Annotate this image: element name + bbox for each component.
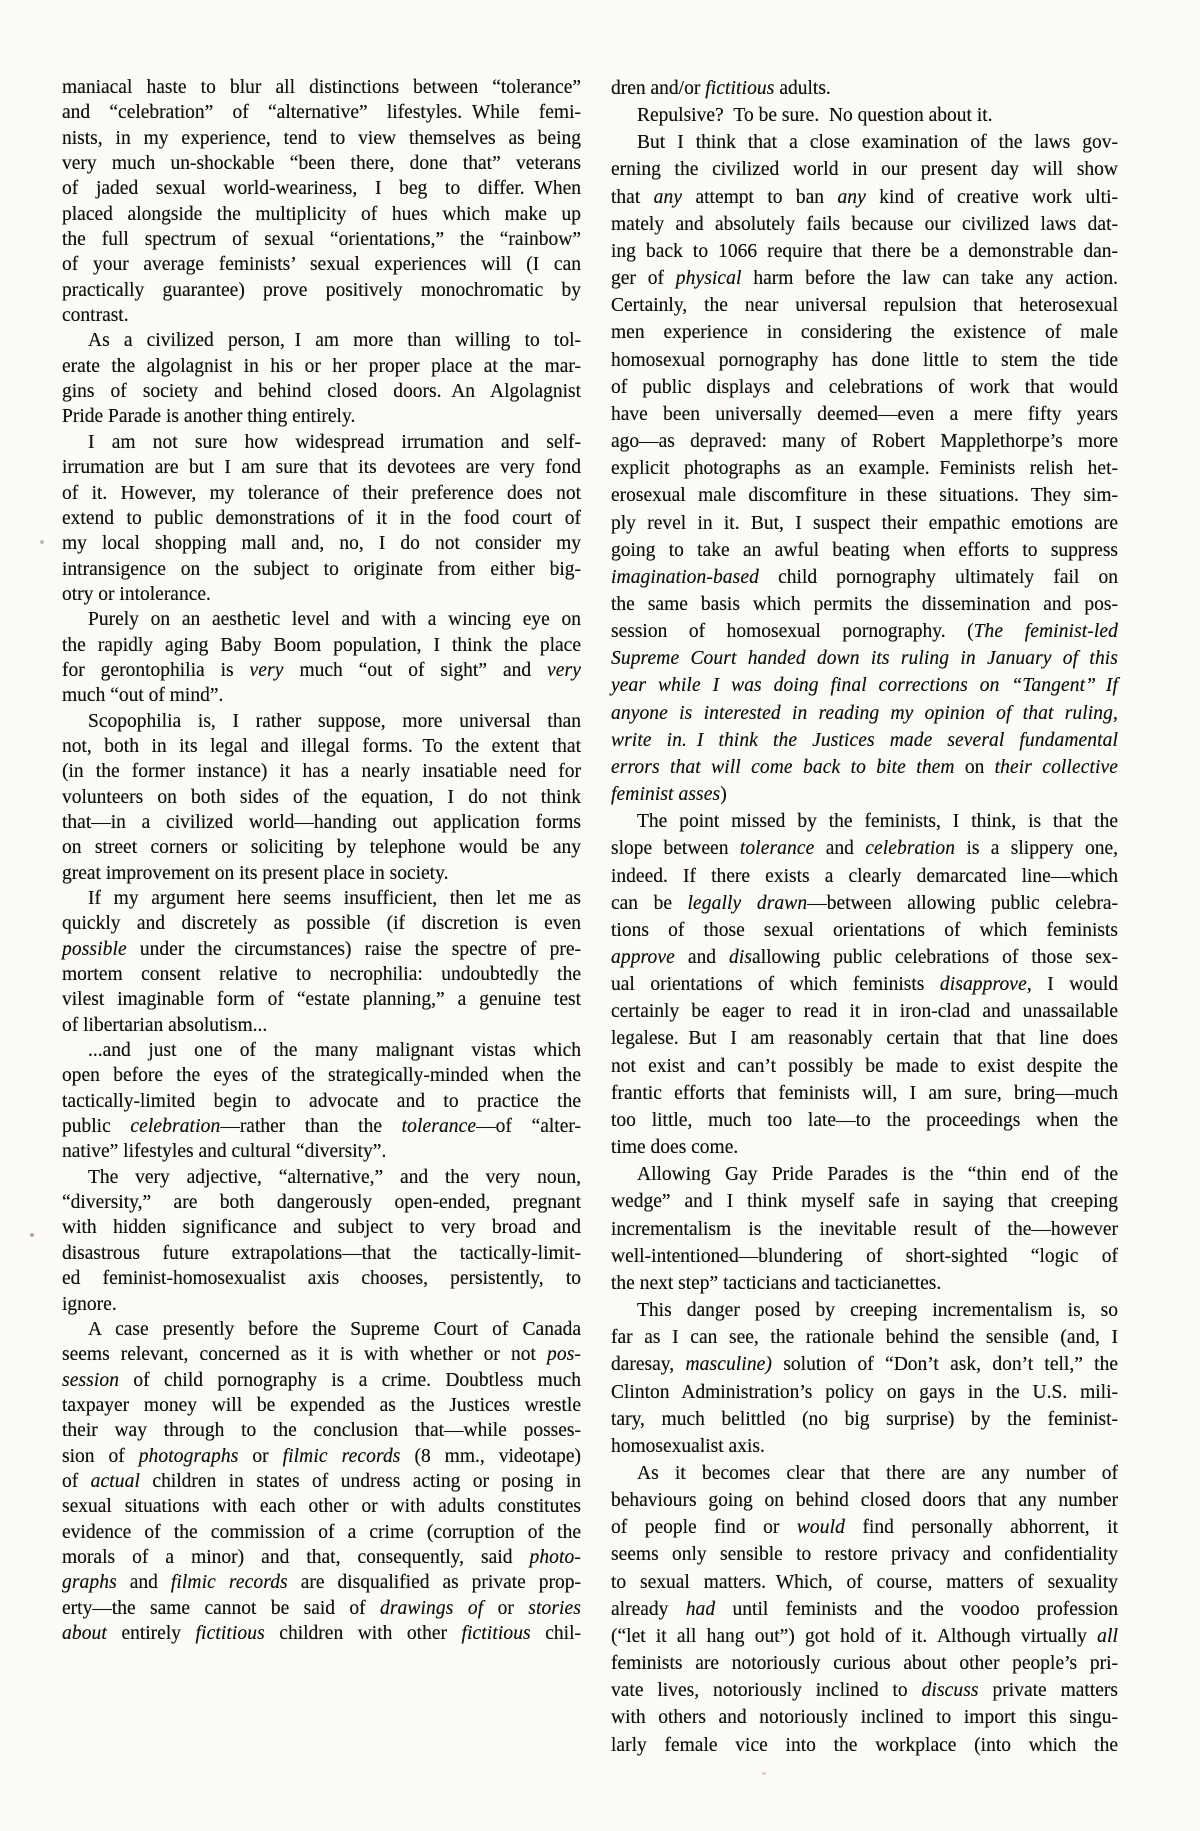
text-line: frantic efforts that feminists will, I a… (611, 1080, 1118, 1107)
text-line: I am not sure how widespread irrumation … (62, 430, 581, 455)
text-line: very much un-shockable “been there, done… (62, 151, 581, 176)
text-line: Certainly, the near universal repulsion … (611, 292, 1118, 319)
text-line: Repulsive? To be sure. No question about… (611, 102, 1118, 129)
scan-speck (40, 540, 44, 544)
text-line: Supreme Court handed down its ruling in … (611, 645, 1118, 672)
text-line: (in the former instance) it has a nearly… (62, 759, 581, 784)
text-line: wedge” and I think myself safe in saying… (611, 1188, 1118, 1215)
text-line: feminists are notoriously curious about … (611, 1650, 1118, 1677)
text-line: on street corners or soliciting by telep… (62, 835, 581, 860)
text-line: If my argument here seems insufficient, … (62, 886, 581, 911)
text-line: volunteers on both sides of the equation… (62, 785, 581, 810)
text-line: already had until feminists and the vood… (611, 1596, 1118, 1623)
text-line: tactically-limited begin to advocate and… (62, 1089, 581, 1114)
text-line: the full spectrum of sexual “orientation… (62, 227, 581, 252)
text-line: ply revel in it. But, I suspect their em… (611, 510, 1118, 537)
text-line: the next step” tacticians and tacticiane… (611, 1270, 1118, 1297)
text-line: errors that will come back to bite them … (611, 754, 1118, 781)
text-line: of actual children in states of undress … (62, 1469, 581, 1494)
text-line: time does come. (611, 1134, 1118, 1161)
text-line: ed feminist-homosexualist axis chooses, … (62, 1266, 581, 1291)
text-line: for gerontophilia is very much “out of s… (62, 658, 581, 683)
text-line: feminist asses) (611, 781, 1118, 808)
text-line: ing back to 1066 require that there be a… (611, 238, 1118, 265)
text-line: nists, in my experience, tend to view th… (62, 126, 581, 151)
text-line: sexual situations with each other or wit… (62, 1494, 581, 1519)
text-line: (“let it all hang out”) got hold of it. … (611, 1623, 1118, 1650)
text-line: ...and just one of the many malignant vi… (62, 1038, 581, 1063)
text-line: too little, much too late—to the proceed… (611, 1107, 1118, 1134)
text-line: This danger posed by creeping incrementa… (611, 1297, 1118, 1324)
text-line: well-intentioned—blundering of short-sig… (611, 1243, 1118, 1270)
text-line: larly female vice into the workplace (in… (611, 1732, 1118, 1759)
text-line: seems relevant, concerned as it is with … (62, 1342, 581, 1367)
scan-speck (762, 1772, 766, 1775)
text-line: The very adjective, “alternative,” and t… (62, 1165, 581, 1190)
text-line: As it becomes clear that there are any n… (611, 1460, 1118, 1487)
text-line: much “out of mind”. (62, 683, 581, 708)
text-line: of libertarian absolutism... (62, 1013, 581, 1038)
text-line: Pride Parade is another thing entirely. (62, 404, 581, 429)
text-line: anyone is interested in reading my opini… (611, 700, 1118, 727)
text-line: ago—as depraved: many of Robert Mappleth… (611, 428, 1118, 455)
text-line: certainly be eager to read it in iron-cl… (611, 998, 1118, 1025)
text-line: the rapidly aging Baby Boom population, … (62, 633, 581, 658)
text-line: As a civilized person, I am more than wi… (62, 328, 581, 353)
text-line: contrast. (62, 303, 581, 328)
text-line: session of homosexual pornography. (The … (611, 618, 1118, 645)
text-line: Clinton Administration’s policy on gays … (611, 1379, 1118, 1406)
text-line: seems only sensible to restore privacy a… (611, 1541, 1118, 1568)
text-line: indeed. If there exists a clearly demarc… (611, 863, 1118, 890)
text-line: gins of society and behind closed doors.… (62, 379, 581, 404)
text-line: men experience in considering the existe… (611, 319, 1118, 346)
text-line: to sexual matters. Which, of course, mat… (611, 1569, 1118, 1596)
text-line: of your average feminists’ sexual experi… (62, 252, 581, 277)
text-line: dren and/or fictitious adults. (611, 75, 1118, 102)
text-line: going to take an awful beating when effo… (611, 537, 1118, 564)
text-line: erning the civilized world in our presen… (611, 156, 1118, 183)
text-line: of people find or would find personally … (611, 1514, 1118, 1541)
text-line: irrumation are but I am sure that its de… (62, 455, 581, 480)
text-line: incrementalism is the inevitable result … (611, 1216, 1118, 1243)
text-line: erosexual male discomfiture in these sit… (611, 482, 1118, 509)
text-line: mortem consent relative to necrophilia: … (62, 962, 581, 987)
text-line: year while I was doing final corrections… (611, 672, 1118, 699)
text-line: of it. However, my tolerance of their pr… (62, 481, 581, 506)
text-line: graphs and filmic records are disqualifi… (62, 1570, 581, 1595)
text-line: “diversity,” are both dangerously open-e… (62, 1190, 581, 1215)
text-line: Allowing Gay Pride Parades is the “thin … (611, 1161, 1118, 1188)
text-line: mately and absolutely fails because our … (611, 211, 1118, 238)
text-line: homosexualist axis. (611, 1433, 1118, 1460)
text-line: possible under the circumstances) raise … (62, 937, 581, 962)
text-line: erate the algolagnist in his or her prop… (62, 354, 581, 379)
text-line: maniacal haste to blur all distinctions … (62, 75, 581, 100)
text-line: and “celebration” of “alternative” lifes… (62, 100, 581, 125)
text-line: ignore. (62, 1292, 581, 1317)
text-line: my local shopping mall and, no, I do not… (62, 531, 581, 556)
text-line: A case presently before the Supreme Cour… (62, 1317, 581, 1342)
text-line: not, both in its legal and illegal forms… (62, 734, 581, 759)
text-line: of public displays and celebrations of w… (611, 374, 1118, 401)
text-line: practically guarantee) prove positively … (62, 278, 581, 303)
text-line: vilest imaginable form of “estate planni… (62, 987, 581, 1012)
text-line: tions of those sexual orientations of wh… (611, 917, 1118, 944)
text-line: public celebration—rather than the toler… (62, 1114, 581, 1139)
text-line: ger of physical harm before the law can … (611, 265, 1118, 292)
text-line: open before the eyes of the strategicall… (62, 1063, 581, 1088)
text-line: not exist and can’t possibly be made to … (611, 1053, 1118, 1080)
text-column-left: maniacal haste to blur all distinctions … (62, 75, 581, 1646)
text-line: daresay, masculine) solution of “Don’t a… (611, 1351, 1118, 1378)
text-line: taxpayer money will be expended as the J… (62, 1393, 581, 1418)
text-line: disastrous future extrapolations—that th… (62, 1241, 581, 1266)
text-line: erty—the same cannot be said of drawings… (62, 1596, 581, 1621)
text-line: ual orientations of which feminists disa… (611, 971, 1118, 998)
text-line: The point missed by the feminists, I thi… (611, 808, 1118, 835)
text-line: morals of a minor) and that, consequentl… (62, 1545, 581, 1570)
text-line: session of child pornography is a crime.… (62, 1368, 581, 1393)
text-line: slope between tolerance and celebration … (611, 835, 1118, 862)
text-line: write in. I think the Justices made seve… (611, 727, 1118, 754)
text-line: intransigence on the subject to originat… (62, 557, 581, 582)
text-line: homosexual pornography has done little t… (611, 347, 1118, 374)
text-line: extend to public demonstrations of it in… (62, 506, 581, 531)
text-line: with others and notoriously inclined to … (611, 1704, 1118, 1731)
text-line: that—in a civilized world—handing out ap… (62, 810, 581, 835)
text-line: can be legally drawn—between allowing pu… (611, 890, 1118, 917)
text-line: about entirely fictitious children with … (62, 1621, 581, 1646)
text-column-right: dren and/or fictitious adults.Repulsive?… (611, 75, 1118, 1759)
text-line: Purely on an aesthetic level and with a … (62, 607, 581, 632)
text-line: explicit photographs as an example. Femi… (611, 455, 1118, 482)
text-line: of jaded sexual world-weariness, I beg t… (62, 176, 581, 201)
text-line: the same basis which permits the dissemi… (611, 591, 1118, 618)
text-line: legalese. But I am reasonably certain th… (611, 1025, 1118, 1052)
text-line: have been universally deemed—even a mere… (611, 401, 1118, 428)
text-line: Scopophilia is, I rather suppose, more u… (62, 709, 581, 734)
scanned-document-page: maniacal haste to blur all distinctions … (0, 0, 1200, 1831)
text-line: behaviours going on behind closed doors … (611, 1487, 1118, 1514)
scan-speck (30, 1233, 34, 1237)
text-line: imagination-based child pornography ulti… (611, 564, 1118, 591)
text-line: native” lifestyles and cultural “diversi… (62, 1139, 581, 1164)
text-line: great improvement on its present place i… (62, 861, 581, 886)
text-line: approve and disallowing public celebrati… (611, 944, 1118, 971)
text-line: tary, much belittled (no big surprise) b… (611, 1406, 1118, 1433)
scan-speck (998, 763, 1001, 766)
text-line: placed alongside the multiplicity of hue… (62, 202, 581, 227)
text-line: far as I can see, the rationale behind t… (611, 1324, 1118, 1351)
text-line: otry or intolerance. (62, 582, 581, 607)
text-line: with hidden significance and subject to … (62, 1215, 581, 1240)
text-line: evidence of the commission of a crime (c… (62, 1520, 581, 1545)
text-line: vate lives, notoriously inclined to disc… (611, 1677, 1118, 1704)
text-line: But I think that a close examination of … (611, 129, 1118, 156)
text-line: that any attempt to ban any kind of crea… (611, 184, 1118, 211)
text-line: their way through to the conclusion that… (62, 1418, 581, 1443)
text-line: sion of photographs or filmic records (8… (62, 1444, 581, 1469)
text-line: quickly and discretely as possible (if d… (62, 911, 581, 936)
